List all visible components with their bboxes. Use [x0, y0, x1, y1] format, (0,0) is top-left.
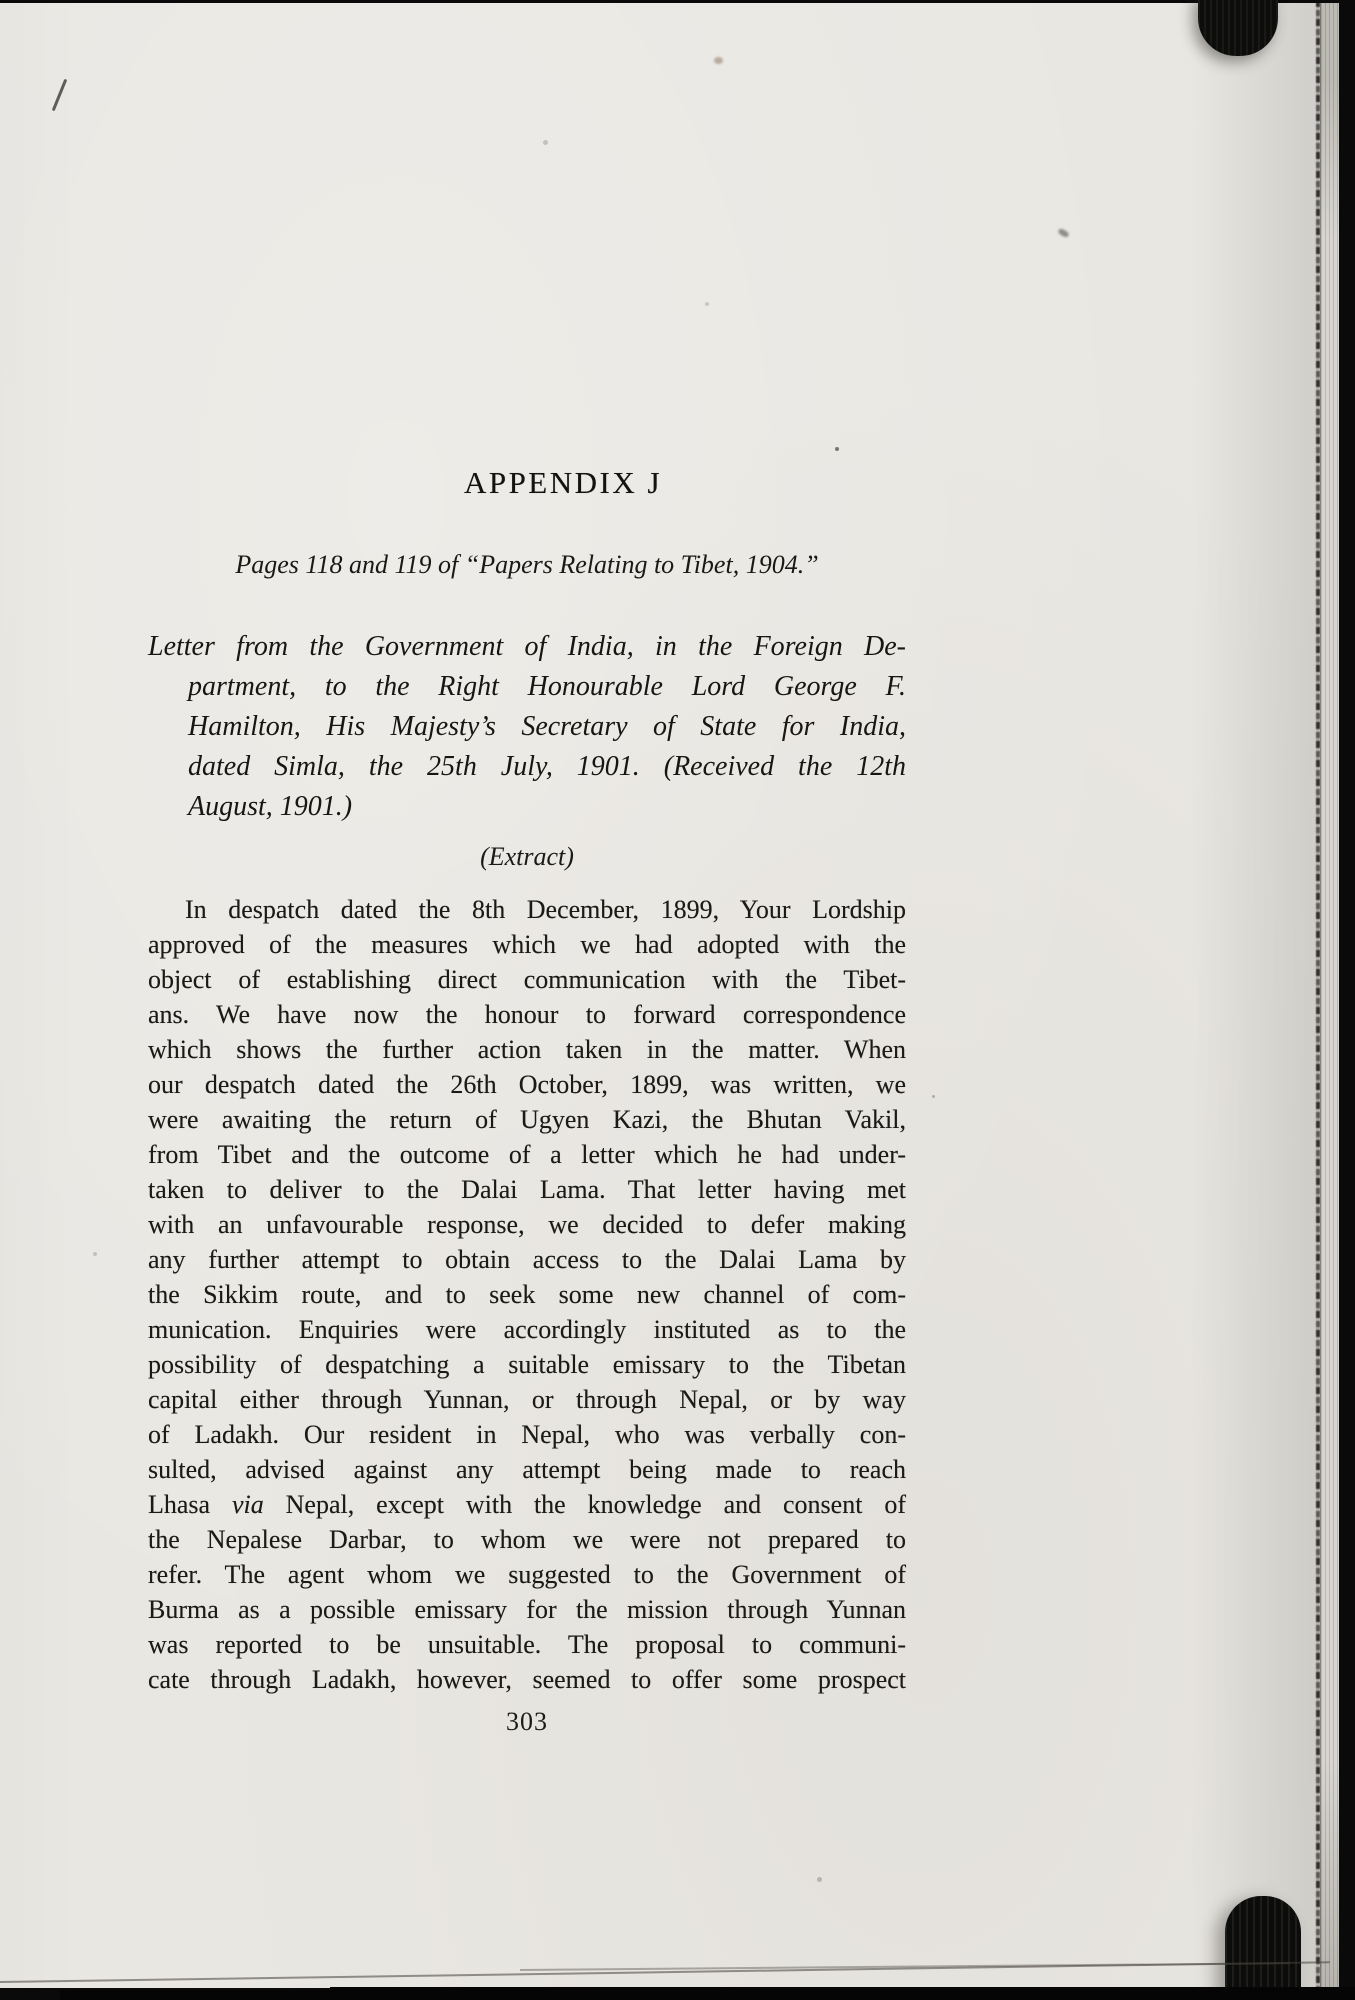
letter-heading-line: partment, to the Right Honourable Lord G… — [148, 667, 906, 707]
body-line: of Ladakh. Our resident in Nepal, who wa… — [148, 1417, 906, 1452]
body-line: with an unfavourable response, we decide… — [148, 1207, 906, 1242]
body-line: sulted, advised against any attempt bein… — [148, 1452, 906, 1487]
body-line: ans. We have now the honour to forward c… — [148, 997, 906, 1032]
paper-speck — [714, 57, 723, 64]
body-line: capital either through Yunnan, or throug… — [148, 1382, 906, 1417]
book-scan: APPENDIX J Pages 118 and 119 of “Papers … — [0, 0, 1355, 2000]
letter-heading-line: dated Simla, the 25th July, 1901. (Recei… — [148, 747, 906, 787]
page-title: APPENDIX J — [184, 464, 942, 502]
body-line: possibility of despatching a suitable em… — [148, 1347, 906, 1382]
body-line: refer. The agent whom we suggested to th… — [148, 1557, 906, 1592]
body-line: was reported to be unsuitable. The propo… — [148, 1627, 906, 1662]
letter-heading-line: Letter from the Government of India, in … — [148, 627, 906, 667]
paper-speck — [817, 1877, 822, 1882]
body-line: object of establishing direct communicat… — [148, 962, 906, 997]
paper-speck — [835, 447, 839, 451]
body-line: approved of the measures which we had ad… — [148, 927, 906, 962]
body-line: Burma as a possible emissary for the mis… — [148, 1592, 906, 1627]
paper-speck — [1057, 228, 1070, 239]
page-number: 303 — [148, 1707, 906, 1737]
body-line: taken to deliver to the Dalai Lama. That… — [148, 1172, 906, 1207]
page-content: APPENDIX J Pages 118 and 119 of “Papers … — [148, 2, 906, 1737]
body-line: from Tibet and the outcome of a letter w… — [148, 1137, 906, 1172]
pen-mark — [52, 79, 68, 112]
body-line: cate through Ladakh, however, seemed to … — [148, 1662, 906, 1697]
paper-speck — [543, 140, 548, 145]
letter-heading-line: August, 1901.) — [148, 787, 906, 827]
body-paragraph: In despatch dated the 8th December, 1899… — [148, 892, 906, 1697]
body-line: the Nepalese Darbar, to whom we were not… — [148, 1522, 906, 1557]
body-line: our despatch dated the 26th October, 189… — [148, 1067, 906, 1102]
body-line: the Sikkim route, and to seek some new c… — [148, 1277, 906, 1312]
letter-heading-line: Hamilton, His Majesty’s Secretary of Sta… — [148, 707, 906, 747]
body-line: were awaiting the return of Ugyen Kazi, … — [148, 1102, 906, 1137]
body-line: munication. Enquiries were accordingly i… — [148, 1312, 906, 1347]
body-line: any further attempt to obtain access to … — [148, 1242, 906, 1277]
body-line: which shows the further action taken in … — [148, 1032, 906, 1067]
extract-label: (Extract) — [148, 840, 906, 874]
body-line: In despatch dated the 8th December, 1899… — [148, 892, 906, 927]
book-page-edges — [1320, 0, 1339, 2000]
page-paper: APPENDIX J Pages 118 and 119 of “Papers … — [0, 2, 1322, 1988]
binding-clamp-bottom — [1225, 1896, 1301, 2000]
body-line: Lhasa via Nepal, except with the knowled… — [148, 1487, 906, 1522]
paper-speck — [932, 1095, 935, 1098]
paper-speck — [93, 1252, 97, 1256]
letter-heading: Letter from the Government of India, in … — [148, 627, 906, 827]
scan-top-edge — [0, 0, 1355, 3]
scan-bottom-edge — [330, 1987, 1355, 2000]
paper-speck — [705, 302, 709, 306]
page-subtitle: Pages 118 and 119 of “Papers Relating to… — [148, 548, 906, 582]
